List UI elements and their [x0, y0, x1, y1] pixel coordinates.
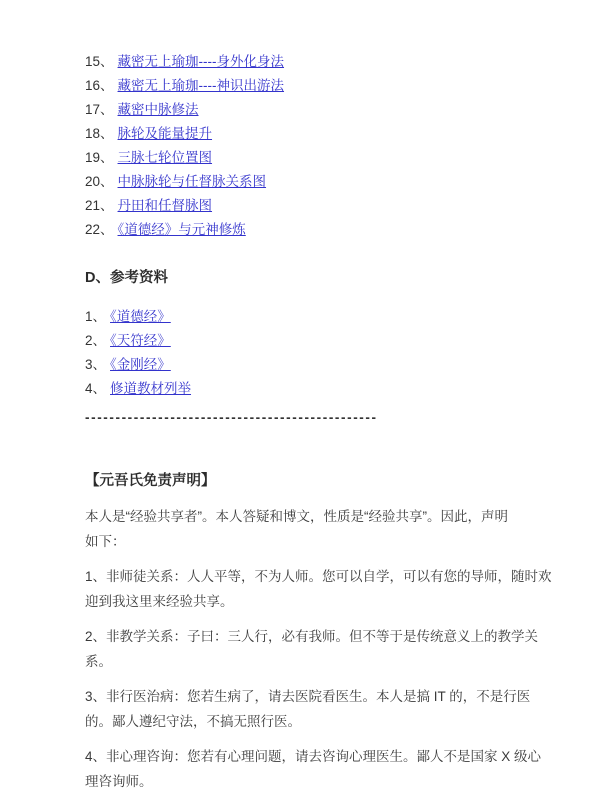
section-d-title: D、参考资料: [85, 266, 604, 290]
reference-item: 2、《天符经》: [85, 329, 604, 353]
disclaimer-title: 【元吾氏免责声明】: [85, 469, 604, 493]
toc-link[interactable]: 丹田和任督脉图: [118, 198, 213, 213]
toc-link[interactable]: 《道德经》与元神修炼: [118, 222, 246, 237]
toc-item-number: 22、: [85, 222, 114, 237]
reference-item: 1、《道德经》: [85, 305, 604, 329]
toc-link[interactable]: 脉轮及能量提升: [118, 126, 213, 141]
reference-item-number: 3、: [85, 357, 106, 372]
toc-link[interactable]: 藏密无上瑜珈----身外化身法: [118, 54, 284, 69]
toc-item: 18、脉轮及能量提升: [85, 122, 604, 146]
reference-link[interactable]: 《金刚经》: [110, 357, 171, 372]
toc-item-number: 18、: [85, 126, 114, 141]
disclaimer-item-4: 4、非心理咨询：您若有心理问题，请去咨询心理医生。鄙人不是国家 X 级心 理咨询…: [85, 745, 604, 789]
toc-item-number: 19、: [85, 150, 114, 165]
toc-item: 15、藏密无上瑜珈----身外化身法: [85, 50, 604, 74]
toc-item-number: 15、: [85, 54, 114, 69]
disclaimer-item-2: 2、非教学关系：子曰：三人行，必有我师。但不等于是传统意义上的教学关 系。: [85, 625, 604, 674]
toc-item-number: 21、: [85, 198, 114, 213]
toc-item-number: 16、: [85, 78, 114, 93]
reference-item-number: 1、: [85, 309, 106, 324]
reference-link[interactable]: 《道德经》: [110, 309, 171, 324]
toc-item: 19、三脉七轮位置图: [85, 146, 604, 170]
toc-link[interactable]: 藏密中脉修法: [118, 102, 199, 117]
toc-link-list: 15、藏密无上瑜珈----身外化身法 16、藏密无上瑜珈----神识出游法 17…: [85, 50, 604, 242]
document-page: 15、藏密无上瑜珈----身外化身法 16、藏密无上瑜珈----神识出游法 17…: [0, 0, 604, 789]
reference-link[interactable]: 修道教材列举: [110, 381, 191, 396]
dashed-divider: ----------------------------------------…: [85, 406, 604, 430]
toc-link[interactable]: 藏密无上瑜珈----神识出游法: [118, 78, 284, 93]
reference-item: 3、《金刚经》: [85, 353, 604, 377]
toc-item: 16、藏密无上瑜珈----神识出游法: [85, 74, 604, 98]
toc-link[interactable]: 三脉七轮位置图: [118, 150, 213, 165]
reference-link-list: 1、《道德经》 2、《天符经》 3、《金刚经》 4、修道教材列举: [85, 305, 604, 401]
toc-item: 20、中脉脉轮与任督脉关系图: [85, 170, 604, 194]
toc-item-number: 20、: [85, 174, 114, 189]
reference-link[interactable]: 《天符经》: [110, 333, 171, 348]
disclaimer-item-1: 1、非师徒关系：人人平等，不为人师。您可以自学，可以有您的导师，随时欢 迎到我这…: [85, 565, 604, 614]
reference-item-number: 2、: [85, 333, 106, 348]
reference-item: 4、修道教材列举: [85, 377, 604, 401]
toc-item: 17、藏密中脉修法: [85, 98, 604, 122]
toc-link[interactable]: 中脉脉轮与任督脉关系图: [118, 174, 267, 189]
reference-item-number: 4、: [85, 381, 106, 396]
disclaimer-item-3: 3、非行医治病：您若生病了，请去医院看医生。本人是搞 IT 的，不是行医 的。鄙…: [85, 685, 604, 734]
toc-item: 22、《道德经》与元神修炼: [85, 218, 604, 242]
disclaimer-intro: 本人是“经验共享者”。本人答疑和博文，性质是“经验共享”。因此，声明 如下：: [85, 505, 604, 554]
toc-item-number: 17、: [85, 102, 114, 117]
toc-item: 21、丹田和任督脉图: [85, 194, 604, 218]
